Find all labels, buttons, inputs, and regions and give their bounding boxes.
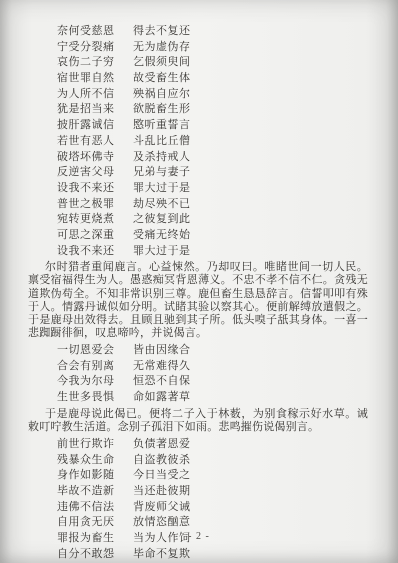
verse-couplet: 为人所不信殃祸自应尔 [28,87,368,103]
verse-left-hemistich: 奈何受慈恩 [57,24,115,40]
verse-couplet: 宁受分裂痛无为虚伪存 [28,40,368,56]
verse-left-hemistich: 生世多畏惧 [57,390,115,406]
verse-couplet: 普世之极罪劫尽殃不已 [28,197,368,213]
verse-left-hemistich: 哀伤二子穷 [57,55,115,71]
verse-right-hemistich: 背废师父诫 [133,500,191,516]
verse-couplet: 宿世罪自然故受畜生体 [28,71,368,87]
verse-left-hemistich: 反逆害父母 [57,165,115,181]
verse-couplet: 破塔坏佛寺及杀持戒人 [28,150,368,166]
verse-left-hemistich: 自用贪无厌 [57,515,115,531]
verse-left-hemistich: 前世行欺诈 [57,437,115,453]
verse-left-hemistich: 破塔坏佛寺 [57,150,115,166]
verse-left-hemistich: 若世有恶人 [57,134,115,150]
verse-left-hemistich: 违佛不信法 [57,500,115,516]
verse-couplet: 自分不敢怨毕命不复欺 [28,547,368,563]
verse-block-oath: 奈何受慈恩得去不复还宁受分裂痛无为虚伪存哀伤二子穷乞假须臾间宿世罪自然故受畜生体… [28,24,368,259]
verse-right-hemistich: 兄弟与妻子 [133,165,191,181]
verse-right-hemistich: 命如露著草 [133,390,191,406]
verse-right-hemistich: 及杀持戒人 [133,150,191,166]
verse-block-parting: 前世行欺诈负债著恩爱残暴众生命自盗教彼杀身作如影随今日当受之毕故不造新当还赴彼期… [28,437,368,563]
verse-right-hemistich: 殃祸自应尔 [133,87,191,103]
verse-right-hemistich: 愍听重誓言 [133,118,191,134]
verse-couplet: 犹是招当来欲脱畜生形 [28,102,368,118]
verse-right-hemistich: 无常难得久 [133,359,191,375]
verse-left-hemistich: 身作如影随 [57,468,115,484]
verse-left-hemistich: 自分不敢怨 [57,547,115,563]
verse-couplet: 生世多畏惧命如露著草 [28,390,368,406]
verse-couplet: 设我不来还罪大过于是 [28,181,368,197]
verse-couplet: 自用贪无厌放情恣酗意 [28,515,368,531]
verse-couplet: 一切恩爱会皆由因缘合 [28,343,368,359]
verse-couplet: 反逆害父母兄弟与妻子 [28,165,368,181]
verse-left-hemistich: 毕故不造新 [57,484,115,500]
verse-couplet: 哀伤二子穷乞假须臾间 [28,55,368,71]
verse-left-hemistich: 为人所不信 [57,87,115,103]
verse-right-hemistich: 皆由因缘合 [133,343,191,359]
page-number: - 2 - [0,531,398,542]
verse-left-hemistich: 设我不来还 [57,244,115,260]
verse-right-hemistich: 放情恣酗意 [133,515,191,531]
verse-left-hemistich: 宿世罪自然 [57,71,115,87]
prose-paragraph-farewell: 于是鹿母说此偈已。便将二子入于林薮，为别食稼示好水草。诫敕叮咛教生活道。念别子孤… [28,408,368,434]
verse-couplet: 违佛不信法背废师父诫 [28,500,368,516]
verse-left-hemistich: 一切恩爱会 [57,343,115,359]
verse-right-hemistich: 故受畜生体 [133,71,191,87]
verse-couplet: 今我为尔母恒恐不自保 [28,374,368,390]
verse-couplet: 设我不来还罪大过于是 [28,244,368,260]
verse-right-hemistich: 当还赴彼期 [133,484,191,500]
verse-right-hemistich: 之彼复到此 [133,212,191,228]
page-content: 奈何受慈恩得去不复还宁受分裂痛无为虚伪存哀伤二子穷乞假须臾间宿世罪自然故受畜生体… [0,0,398,563]
verse-left-hemistich: 犹是招当来 [57,102,115,118]
verse-left-hemistich: 披肝露诚信 [57,118,115,134]
verse-block-gatha: 一切恩爱会皆由因缘合合会有别离无常难得久今我为尔母恒恐不自保生世多畏惧命如露著草 [28,343,368,406]
verse-right-hemistich: 乞假须臾间 [133,55,191,71]
verse-right-hemistich: 今日当受之 [133,468,191,484]
verse-couplet: 合会有别离无常难得久 [28,359,368,375]
verse-couplet: 身作如影随今日当受之 [28,468,368,484]
verse-couplet: 前世行欺诈负债著恩爱 [28,437,368,453]
verse-left-hemistich: 残暴众生命 [57,453,115,469]
verse-right-hemistich: 自盗教彼杀 [133,453,191,469]
verse-left-hemistich: 宛转更烧煮 [57,212,115,228]
verse-couplet: 毕故不造新当还赴彼期 [28,484,368,500]
verse-left-hemistich: 普世之极罪 [57,197,115,213]
verse-couplet: 若世有恶人斗乱比丘僧 [28,134,368,150]
verse-right-hemistich: 得去不复还 [133,24,191,40]
verse-right-hemistich: 罪大过于是 [133,181,191,197]
verse-right-hemistich: 恒恐不自保 [133,374,191,390]
verse-left-hemistich: 宁受分裂痛 [57,40,115,56]
verse-left-hemistich: 设我不来还 [57,181,115,197]
prose-paragraph-hunter: 尔时猎者重闻鹿言。心益悚然。乃却叹曰。唯睹世间一切人民。禀受宿福得生为人。愚惑痴… [28,261,368,340]
verse-couplet: 残暴众生命自盗教彼杀 [28,453,368,469]
verse-right-hemistich: 负债著恩爱 [133,437,191,453]
verse-left-hemistich: 可思之深重 [57,228,115,244]
verse-right-hemistich: 受痛无终始 [133,228,191,244]
verse-couplet: 披肝露诚信愍听重誓言 [28,118,368,134]
verse-right-hemistich: 欲脱畜生形 [133,102,191,118]
scanned-book-page: 奈何受慈恩得去不复还宁受分裂痛无为虚伪存哀伤二子穷乞假须臾间宿世罪自然故受畜生体… [0,0,398,563]
verse-right-hemistich: 斗乱比丘僧 [133,134,191,150]
verse-right-hemistich: 罪大过于是 [133,244,191,260]
verse-left-hemistich: 合会有别离 [57,359,115,375]
verse-couplet: 宛转更烧煮之彼复到此 [28,212,368,228]
verse-couplet: 奈何受慈恩得去不复还 [28,24,368,40]
verse-right-hemistich: 劫尽殃不已 [133,197,191,213]
verse-left-hemistich: 今我为尔母 [57,374,115,390]
verse-right-hemistich: 毕命不复欺 [133,547,191,563]
verse-right-hemistich: 无为虚伪存 [133,40,191,56]
verse-couplet: 可思之深重受痛无终始 [28,228,368,244]
